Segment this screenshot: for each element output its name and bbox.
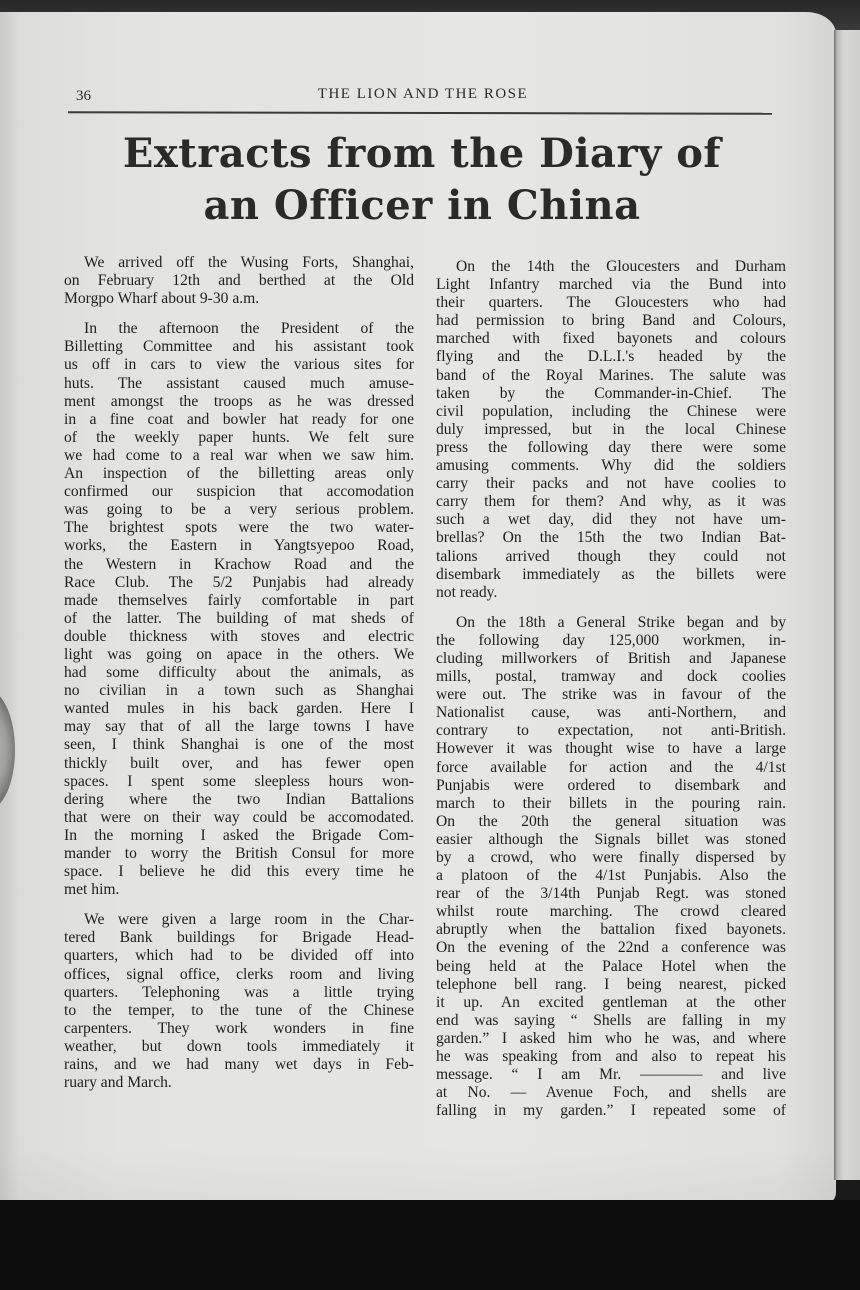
text-line: double thickness with stoves and electri… (64, 628, 414, 646)
text-line: carry them for them? And why, as it was (436, 493, 786, 511)
text-line: was going to be a very serious problem. (64, 501, 414, 519)
text-line: message. “ I am Mr. ———— and live (436, 1066, 786, 1084)
text-line: marched with fixed bayonets and colours (436, 330, 786, 348)
text-line: huts. The assistant caused much amuse- (64, 375, 414, 393)
text-line: carry their packs and not have coolies t… (436, 475, 786, 493)
text-line: tered Bank buildings for Brigade Head- (64, 929, 414, 947)
text-line: duly impressed, but in the local Chinese (436, 421, 786, 439)
text-line: Billetting Committee and his assistant t… (64, 338, 414, 356)
title-line-1: Extracts from the Diary of (60, 128, 784, 180)
text-line: ruary and March. (64, 1074, 414, 1092)
text-line: dering where the two Indian Battalions (64, 791, 414, 809)
text-line: force available for action and the 4/1st (436, 759, 786, 777)
text-line: quarters, which had to be divided off in… (64, 947, 414, 965)
text-line: band of the Royal Marines. The salute wa… (436, 367, 786, 385)
text-line: on February 12th and berthed at the Old (64, 272, 414, 290)
journal-title: THE LION AND THE ROSE (76, 86, 770, 103)
text-line: press the following day there were some (436, 439, 786, 457)
article-title: Extracts from the Diary of an Officer in… (60, 128, 784, 232)
text-line: that were on their way could be accomoda… (64, 809, 414, 827)
paragraph: We were given a large room in the Char-t… (64, 911, 414, 1092)
text-line: disembark immediately as the billets wer… (436, 566, 786, 584)
text-line: We were given a large room in the Char- (64, 911, 414, 929)
text-line: On the 20th the general situation was (436, 813, 786, 831)
text-line: works, the Eastern in Yangtsyepoo Road, (64, 537, 414, 555)
text-line: we had come to a real war when we saw hi… (64, 447, 414, 465)
text-line: met him. (64, 881, 414, 899)
text-line: not ready. (436, 584, 786, 602)
paragraph: In the afternoon the President of theBil… (64, 320, 414, 899)
text-line: falling in my garden.” I repeated some o… (436, 1102, 786, 1120)
text-line: a platoon of the 4/1st Punjabis. Also th… (436, 867, 786, 885)
text-line: spaces. I spent some sleepless hours won… (64, 773, 414, 791)
text-line: had some difficulty about the animals, a… (64, 664, 414, 682)
backdrop-bottom (0, 1200, 860, 1290)
text-line: On the evening of the 22nd a conference … (436, 939, 786, 957)
paragraph: We arrived off the Wusing Forts, Shangha… (64, 254, 414, 308)
text-line: wanted mules in his back garden. Here I (64, 700, 414, 718)
text-line: brellas? On the 15th the two Indian Bat- (436, 529, 786, 547)
text-line: being held at the Palace Hotel when the (436, 958, 786, 976)
text-line: may say that of all the large towns I ha… (64, 718, 414, 736)
text-line: Morgpo Wharf about 9-30 a.m. (64, 290, 414, 308)
text-line: civil population, including the Chinese … (436, 403, 786, 421)
text-line: had permission to bring Band and Colours… (436, 312, 786, 330)
text-line: their quarters. The Gloucesters who had (436, 294, 786, 312)
text-line: Light Infantry marched via the Bund into (436, 276, 786, 294)
text-line: whilst route marching. The crowd cleared (436, 903, 786, 921)
text-line: space. I believe he did this every time … (64, 863, 414, 881)
text-line: mills, postal, tramway and dock coolies (436, 668, 786, 686)
text-line: contrary to expectation, not anti-Britis… (436, 722, 786, 740)
text-line: garden.” I asked him who he was, and whe… (436, 1030, 786, 1048)
right-column: On the 14th the Gloucesters and DurhamLi… (436, 258, 786, 1132)
text-line: flying and the D.L.I.'s headed by the (436, 348, 786, 366)
text-line: no civilian in a town such as Shanghai (64, 682, 414, 700)
text-line: cluding millworkers of British and Japan… (436, 650, 786, 668)
text-line: light was going on apace in the others. … (64, 646, 414, 664)
paragraph: On the 18th a General Strike began and b… (436, 614, 786, 1121)
text-line: in a fine coat and bowler hat ready for … (64, 411, 414, 429)
running-head: 36 THE LION AND THE ROSE (76, 86, 770, 108)
left-column: We arrived off the Wusing Forts, Shangha… (64, 254, 414, 1104)
text-line: at No. — Avenue Foch, and shells are (436, 1084, 786, 1102)
text-line: mander to worry the British Consul for m… (64, 845, 414, 863)
text-line: confirmed our suspicion that accomodatio… (64, 483, 414, 501)
text-line: talions arrived though they could not (436, 548, 786, 566)
text-line: amusing comments. Why did the soldiers (436, 457, 786, 475)
text-line: such a wet day, did they not have um- (436, 511, 786, 529)
text-line: easier although the Signals billet was s… (436, 831, 786, 849)
title-line-2: an Officer in China (60, 180, 784, 232)
text-line: weather, but down tools immediately it (64, 1038, 414, 1056)
text-line: In the morning I asked the Brigade Com- (64, 827, 414, 845)
text-line: In the afternoon the President of the (64, 320, 414, 338)
text-line: offices, signal office, clerks room and … (64, 966, 414, 984)
text-line: made themselves fairly comfortable in pa… (64, 592, 414, 610)
text-line: ment amongst the troops as he was dresse… (64, 393, 414, 411)
text-line: rains, and we had many wet days in Feb- (64, 1056, 414, 1074)
text-line: of the latter. The building of mat sheds… (64, 610, 414, 628)
text-line: were out. The strike was in favour of th… (436, 686, 786, 704)
page-shadow (0, 1147, 836, 1207)
text-line: Punjabis were ordered to disembark and (436, 777, 786, 795)
text-line: thickly built over, and has fewer open (64, 755, 414, 773)
text-line: the following day 125,000 workmen, in- (436, 632, 786, 650)
text-line: carpenters. They work wonders in fine (64, 1020, 414, 1038)
text-line: of the weekly paper hunts. We felt sure (64, 429, 414, 447)
text-line: the Western in Krachow Road and the (64, 556, 414, 574)
text-line: However it was thought wise to have a la… (436, 740, 786, 758)
text-line: by a crowd, who were finally dispersed b… (436, 849, 786, 867)
text-line: abruptly when the battalion fixed bayone… (436, 921, 786, 939)
text-line: Race Club. The 5/2 Punjabis had already (64, 574, 414, 592)
paragraph: On the 14th the Gloucesters and DurhamLi… (436, 258, 786, 602)
text-line: Nationalist cause, was anti-Northern, an… (436, 704, 786, 722)
text-line: to the temper, to the tune of the Chines… (64, 1002, 414, 1020)
text-line: us off in cars to view the various sites… (64, 356, 414, 374)
text-line: march to their billets in the pouring ra… (436, 795, 786, 813)
text-line: The brightest spots were the two water- (64, 519, 414, 537)
text-line: seen, I think Shanghai is one of the mos… (64, 736, 414, 754)
text-line: An inspection of the billetting areas on… (64, 465, 414, 483)
text-line: We arrived off the Wusing Forts, Shangha… (64, 254, 414, 272)
text-line: taken by the Commander-in-Chief. The (436, 385, 786, 403)
next-page-edge (834, 30, 860, 1180)
text-line: quarters. Telephoning was a little tryin… (64, 984, 414, 1002)
text-line: he was speaking from and also to repeat … (436, 1048, 786, 1066)
text-line: rear of the 3/14th Punjab Regt. was ston… (436, 885, 786, 903)
text-line: end was saying “ Shells are falling in m… (436, 1012, 786, 1030)
text-line: On the 18th a General Strike began and b… (436, 614, 786, 632)
text-line: On the 14th the Gloucesters and Durham (436, 258, 786, 276)
text-line: telephone bell rang. I being nearest, pi… (436, 976, 786, 994)
text-line: it up. An excited gentleman at the other (436, 994, 786, 1012)
